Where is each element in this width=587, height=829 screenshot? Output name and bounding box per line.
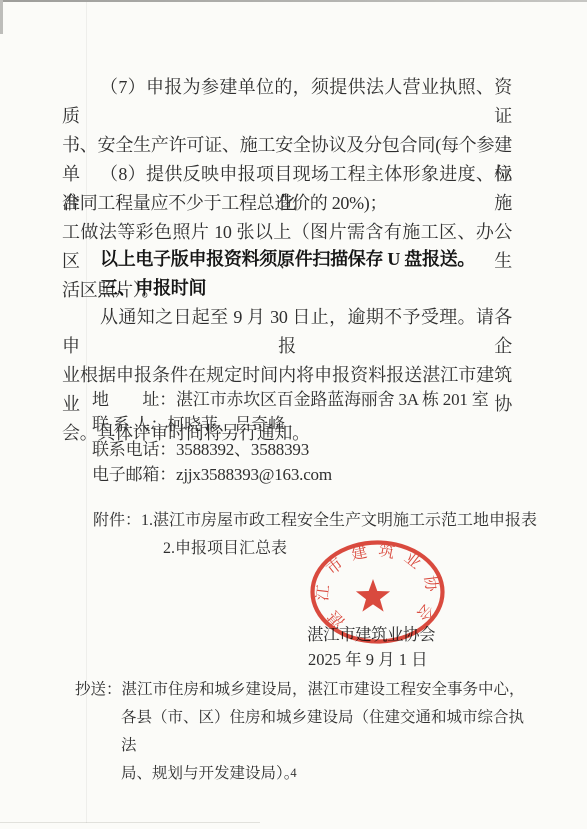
emphasis-line: 以上电子版申报资料须原件扫描保存 U 盘报送。 (62, 245, 512, 274)
cc-label: 抄送： (75, 681, 122, 698)
document-page: （7）申报为参建单位的，须提供法人营业执照、资质证 书、安全生产许可证、施工安全… (0, 0, 587, 829)
body-line: （7）申报为参建单位的，须提供法人营业执照、资质证 (62, 73, 512, 131)
contact-phone: 联系电话：3588392、3588393 (92, 437, 542, 462)
section-heading: 三、申报时间 (62, 274, 512, 303)
attachment-line-1: 附件：1.湛江市房屋市政工程安全生产文明施工示范工地申报表 (93, 507, 537, 535)
cc-line-1: 抄送：湛江市住房和城乡建设局，湛江市建设工程安全事务中心， (75, 676, 537, 704)
scan-edge-corner (0, 0, 3, 34)
contact-block: 地 址：湛江市赤坎区百金路蓝海丽舍 3A 栋 201 室 联 系 人：柯晓菲、吕… (92, 387, 542, 487)
contact-address: 地 址：湛江市赤坎区百金路蓝海丽舍 3A 栋 201 室 (92, 387, 542, 412)
page-number: 4 (0, 766, 587, 781)
body-line: （8）提供反映申报项目现场工程主体形象进度、标准化施 (62, 160, 512, 218)
attachment-item-1: 1.湛江市房屋市政工程安全生产文明施工示范工地申报表 (141, 512, 537, 529)
star-icon (356, 579, 390, 612)
cc-text: 湛江市住房和城乡建设局，湛江市建设工程安全事务中心， (122, 681, 525, 698)
scan-edge-top (0, 0, 587, 2)
contact-person: 联 系 人：柯晓菲、吕奇峰 (92, 412, 542, 437)
paragraph-emphasis: 以上电子版申报资料须原件扫描保存 U 盘报送。 (62, 245, 512, 274)
official-seal: 湛江市建筑业协会 (308, 540, 447, 647)
scan-edge-bottom (0, 822, 260, 823)
body-line: 从通知之日起至 9 月 30 日止，逾期不予受理。请各申报企 (62, 303, 512, 361)
attachments-label: 附件： (93, 512, 141, 529)
section-heading-text: 三、申报时间 (62, 274, 512, 303)
signature-date: 2025 年 9 月 1 日 (308, 646, 428, 670)
cc-line-2: 各县（市、区）住房和城乡建设局（住建交通和城市综合执法 (121, 704, 537, 760)
contact-email: 电子邮箱：zjjx3588393@163.com (92, 462, 542, 487)
